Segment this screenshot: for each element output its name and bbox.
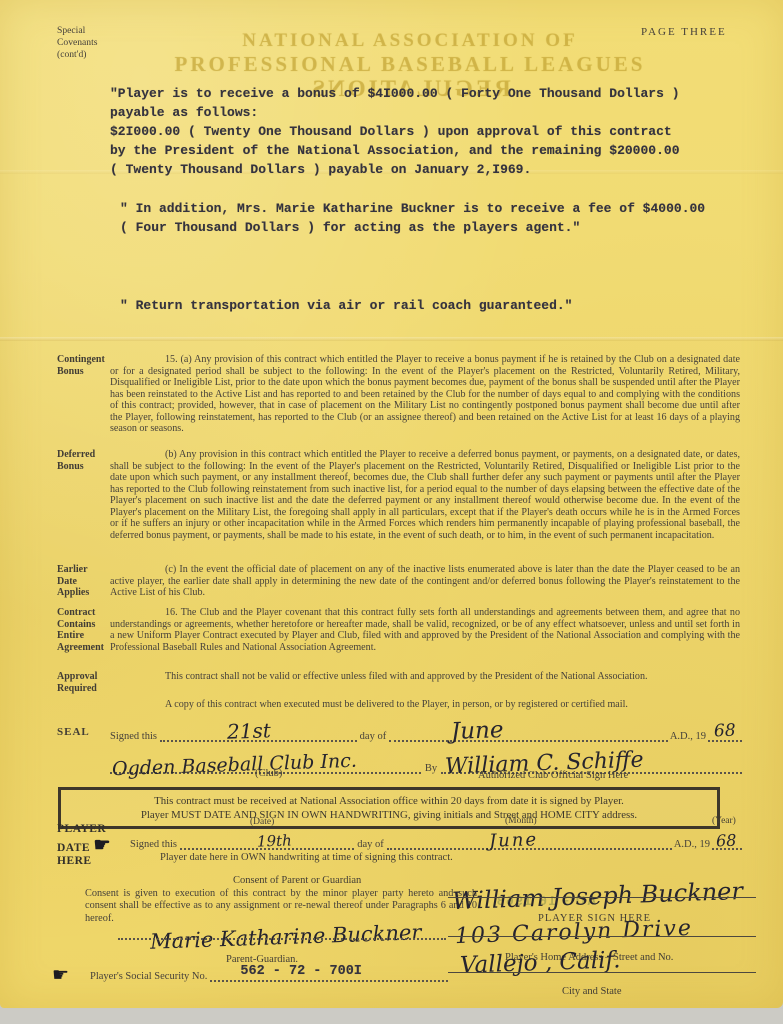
scanner-background (0, 1009, 783, 1024)
seal-day-handwriting: 21st (226, 718, 271, 744)
seal-month-line: June (389, 728, 668, 742)
copy-delivery-notice: A copy of this contract when executed mu… (110, 699, 740, 711)
pd-day-of-label: day of (354, 839, 387, 850)
ssn-line: 562 - 72 - 700I (210, 968, 448, 982)
player-date-signed-row: Signed this 19th day of June A.D., 19 68 (130, 828, 742, 850)
month-caption: (Month) (505, 816, 537, 826)
player-signature-handwriting: William Joseph Buckner (452, 877, 744, 915)
national-association-notice-box: This contract must be received at Nation… (58, 787, 720, 829)
contract-paper: NATIONAL ASSOCIATION OF PROFESSIONAL BAS… (0, 0, 783, 1008)
clause-text-earlier-date: (c) In the event the official date of pl… (110, 564, 740, 599)
consent-heading: Consent of Parent or Guardian (233, 875, 361, 886)
bleedthrough-title-line1: NATIONAL ASSOCIATION OF (100, 30, 720, 52)
pointing-hand-icon-ssn: ☛ (52, 966, 69, 985)
seal-label: SEAL (57, 726, 90, 738)
ssn-value-typed: 562 - 72 - 700I (240, 962, 362, 981)
covenant-bonus-text: "Player is to receive a bonus of $4I000.… (110, 84, 730, 179)
pd-ad-label: A.D., 19 (672, 839, 712, 850)
page-number: PAGE THREE (641, 26, 727, 38)
clause-text-approval-required: This contract shall not be valid or effe… (110, 671, 740, 683)
pd-month-handwriting: June (489, 829, 539, 852)
seal-ad-label: A.D., 19 (668, 731, 708, 742)
clause-text-contingent-bonus: 15. (a) Any provision of this contract w… (110, 354, 740, 435)
clause-label-approval-required: Approval Required (57, 671, 112, 694)
ssn-label: Player's Social Security No. (90, 971, 210, 982)
seal-day-of-label: day of (357, 731, 390, 742)
home-address-handwriting: 103 Carolyn Drive (455, 916, 694, 949)
pd-signed-this-label: Signed this (130, 839, 180, 850)
covenant-transportation-text: " Return transportation via air or rail … (120, 296, 730, 315)
fold-crease-middle (0, 337, 783, 341)
seal-day-line: 21st (160, 728, 357, 742)
official-caption: Authorized Club Official Sign Here (478, 770, 628, 781)
player-date-line3: HERE (57, 855, 111, 868)
clause-label-earlier-date: Earlier Date Applies (57, 564, 112, 599)
club-name-handwriting: Ogden Baseball Club Inc. (112, 750, 357, 781)
pd-day-line: 19th (180, 836, 354, 850)
city-state-handwriting: Vallejo , Calif. (460, 947, 621, 979)
guardian-signature-line (118, 938, 446, 940)
player-date-note: Player date here in OWN handwriting at t… (160, 852, 453, 863)
player-date-here-label: PLAYER DATE ☛ HERE (57, 823, 111, 868)
by-label: By (421, 763, 441, 774)
pd-year-handwriting: 68 (716, 831, 737, 851)
seal-signed-this-label: Signed this (110, 731, 160, 742)
year-caption: (Year) (712, 816, 736, 826)
seal-signed-row: Signed this 21st day of June A.D., 19 68 (110, 716, 742, 742)
pd-month-line: June (387, 836, 672, 850)
club-signature-row: Ogden Baseball Club Inc. By William C. S… (110, 746, 742, 774)
bleedthrough-title-line2: PROFESSIONAL BASEBALL LEAGUES (80, 52, 740, 77)
special-covenants-heading: Special Covenants (cont'd) (57, 25, 98, 61)
pd-day-handwriting: 19th (256, 831, 291, 850)
clause-text-entire-agreement: 16. The Club and the Player covenant tha… (110, 607, 740, 653)
clause-label-contingent-bonus: Contingent Bonus (57, 354, 112, 377)
clause-label-deferred-bonus: Deferred Bonus (57, 449, 112, 472)
date-caption: (Date) (250, 817, 274, 827)
guardian-signature-handwriting: Marie Katharine Buckner (150, 920, 422, 953)
pd-year-line: 68 (712, 836, 742, 850)
seal-year-handwriting: 68 (714, 721, 736, 742)
player-date-line2: DATE ☛ (57, 836, 111, 855)
city-state-caption: City and State (562, 986, 622, 997)
seal-month-handwriting: June (450, 717, 503, 745)
scanned-contract-page: NATIONAL ASSOCIATION OF PROFESSIONAL BAS… (0, 0, 783, 1024)
clause-label-entire-agreement: Contract Contains Entire Agreement (57, 607, 112, 653)
player-signature-line (448, 897, 756, 898)
ssn-row: Player's Social Security No. 562 - 72 - … (90, 960, 448, 982)
clause-text-deferred-bonus: (b) Any provision in this contract which… (110, 449, 740, 541)
club-caption: (Club) (255, 768, 282, 779)
covenant-agent-fee-text: " In addition, Mrs. Marie Katharine Buck… (120, 199, 730, 237)
home-address-line (448, 936, 756, 937)
city-state-line (448, 972, 756, 973)
seal-year-line: 68 (708, 728, 742, 742)
pointing-hand-icon: ☛ (93, 835, 111, 856)
